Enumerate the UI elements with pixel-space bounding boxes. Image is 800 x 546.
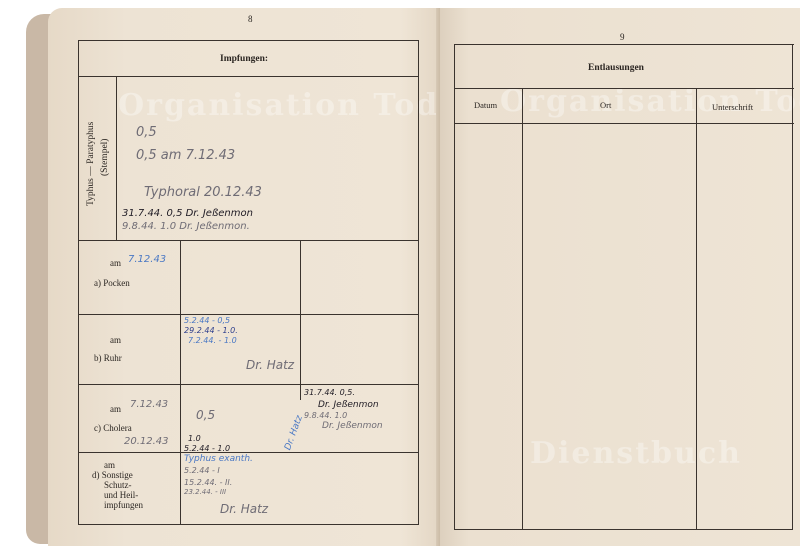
ruhr-entry: 5.2.44 - 0,5	[184, 316, 230, 325]
cholera-am-label: am	[110, 404, 121, 415]
pocken-am-label: am	[110, 258, 121, 269]
watermark-right: Dienstbuch	[530, 436, 742, 471]
cholera-entry-col3: Dr. Jeßenmon	[318, 400, 379, 410]
column-header-ort: Ort	[600, 100, 611, 111]
cholera-signature: Dr. Hatz	[283, 414, 305, 451]
ruhr-entry: 7.2.44. - 1.0	[188, 336, 237, 345]
pocken-date: 7.12.43	[128, 254, 166, 265]
typhus-entry: 0,5 am 7.12.43	[136, 148, 235, 163]
entlausungen-title: Entlausungen	[588, 63, 644, 74]
impfungen-title: Impfungen:	[220, 54, 268, 65]
cholera-label: c) Cholera	[94, 423, 132, 434]
ruhr-label: b) Ruhr	[94, 353, 122, 364]
ruhr-am-label: am	[110, 335, 121, 346]
watermark-left: Organisation Todt	[118, 88, 455, 123]
page-number-right: 9	[620, 32, 625, 42]
cholera-entry-col3: 9.8.44. 1.0	[304, 411, 347, 420]
stempel-label: (Stempel)	[100, 139, 110, 176]
sonstige-label: impfungen	[104, 500, 143, 511]
cholera-date-2: 20.12.43	[124, 436, 169, 447]
watermark-right-top: Organisation Todt	[500, 84, 800, 119]
ruhr-signature: Dr. Hatz	[246, 358, 294, 372]
column-header-datum: Datum	[474, 100, 497, 111]
ruhr-entry: 29.2.44 - 1.0.	[184, 326, 238, 335]
typhus-entry: Typhoral 20.12.43	[144, 185, 262, 200]
sonstige-entry: Typhus exanth.	[184, 454, 253, 464]
typhus-entry: 31.7.44. 0,5 Dr. Jeßenmon	[122, 208, 253, 219]
cholera-entry: 1.0	[188, 434, 201, 443]
sonstige-signature: Dr. Hatz	[220, 502, 268, 516]
cholera-date: 7.12.43	[130, 399, 168, 410]
cholera-entry-col3: 31.7.44. 0,5.	[304, 388, 355, 397]
left-page: Organisation Todt 8 Impfungen: Typhus — …	[48, 8, 440, 546]
pocken-label: a) Pocken	[94, 278, 130, 289]
sonstige-entry: 15.2.44. - II.	[184, 478, 232, 487]
typhus-entry: 9.8.44. 1.0 Dr. Jeßenmon.	[122, 221, 250, 232]
cholera-entry: 0,5	[196, 408, 215, 422]
typhus-label: Typhus — Paratyphus	[86, 122, 96, 206]
right-page: Organisation Todt Dienstbuch 9 Entlausun…	[440, 8, 800, 546]
cholera-entry-col3: Dr. Jeßenmon	[322, 421, 383, 431]
sonstige-entry: 5.2.44 - I	[184, 466, 220, 475]
page-number-left: 8	[248, 14, 253, 24]
sonstige-entry: 23.2.44. - III	[184, 488, 226, 496]
column-header-unterschrift: Unterschrift	[712, 102, 753, 113]
typhus-entry: 0,5	[136, 125, 157, 140]
